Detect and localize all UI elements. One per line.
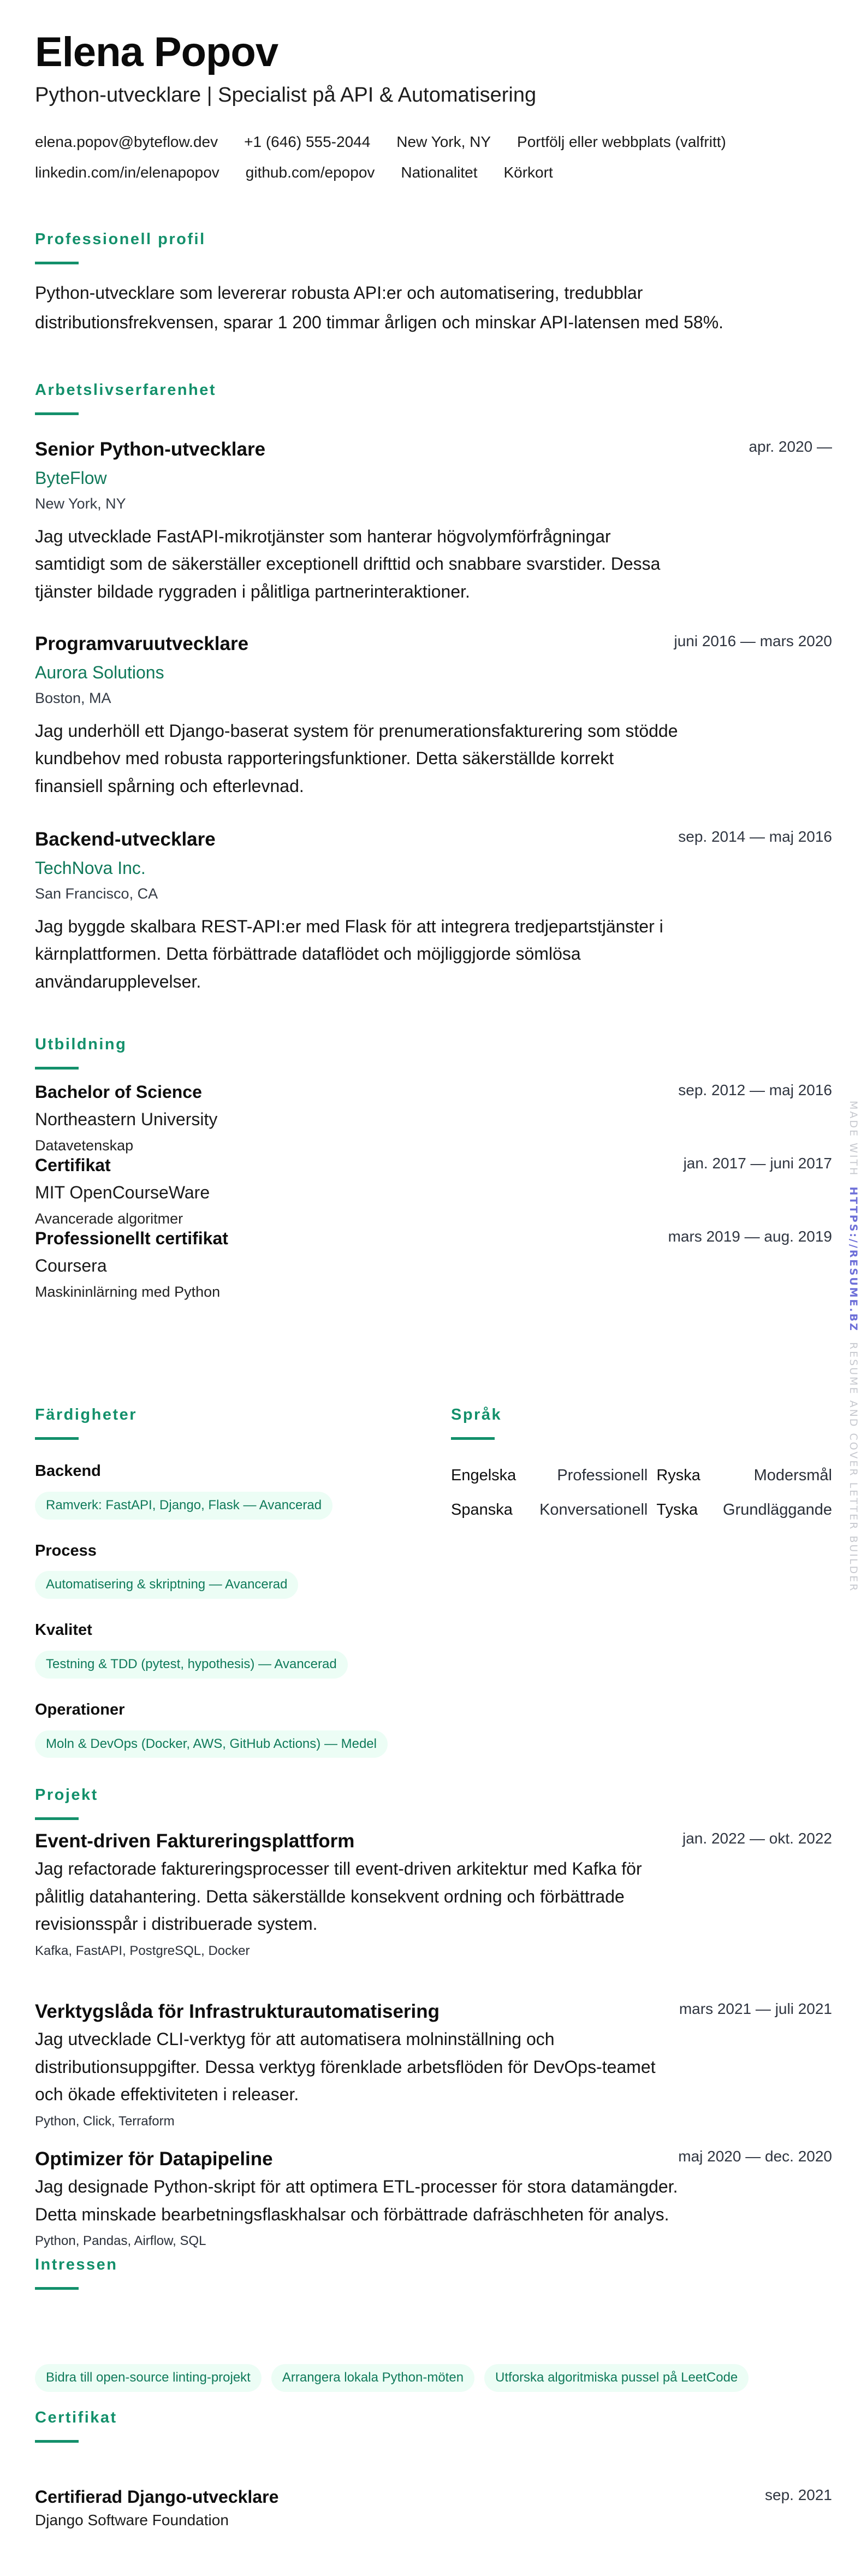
- job-location: New York, NY: [35, 495, 832, 512]
- phone[interactable]: +1 (646) 555-2044: [244, 133, 370, 151]
- skill-chip: Ramverk: FastAPI, Django, Flask — Avance…: [35, 1492, 332, 1520]
- language-name: Tyska: [656, 1500, 700, 1520]
- section-divider: [35, 2287, 79, 2290]
- contact-row: elena.popov@byteflow.dev +1 (646) 555-20…: [35, 133, 726, 151]
- skill-group: Backend Ramverk: FastAPI, Django, Flask …: [35, 1462, 417, 1520]
- experience-item: Senior Python-utvecklare apr. 2020 — Byt…: [35, 438, 832, 605]
- job-location: San Francisco, CA: [35, 885, 832, 902]
- project-tech: Python, Click, Terraform: [35, 2114, 832, 2130]
- language-list: Engelska Professionell Ryska Modersmål S…: [451, 1466, 832, 1520]
- skill-category: Backend: [35, 1462, 417, 1481]
- section-divider: [451, 1437, 495, 1440]
- certificate-issuer: Django Software Foundation: [35, 2512, 832, 2529]
- education-item: Professionellt certifikat mars 2019 — au…: [35, 1228, 832, 1301]
- section-heading: Färdigheter: [35, 1407, 417, 1423]
- language-name: Ryska: [656, 1466, 700, 1485]
- interest-chip: Arrangera lokala Python-möten: [271, 2364, 474, 2392]
- skill-group: Process Automatisering & skriptning — Av…: [35, 1541, 417, 1599]
- language-level: Grundläggande: [709, 1500, 832, 1520]
- skill-group: Operationer Moln & DevOps (Docker, AWS, …: [35, 1700, 417, 1758]
- field-of-study: Avancerade algoritmer: [35, 1210, 832, 1227]
- job-description: Jag utvecklade FastAPI-mikrotjänster som…: [35, 523, 679, 606]
- section-heading: Professionell profil: [35, 232, 206, 247]
- github-link[interactable]: github.com/epopov: [246, 164, 375, 181]
- location: New York, NY: [396, 133, 491, 151]
- profile-summary: Python-utvecklare som levererar robusta …: [35, 279, 799, 338]
- section-divider: [35, 262, 79, 264]
- interest-chip: Utforska algoritmiska pussel på LeetCode: [484, 2364, 749, 2392]
- section-heading: Språk: [451, 1407, 832, 1423]
- section-heading: Utbildning: [35, 1037, 127, 1053]
- company-name: ByteFlow: [35, 468, 832, 488]
- field-of-study: Maskininlärning med Python: [35, 1283, 832, 1301]
- nationality: Nationalitet: [401, 164, 477, 181]
- section-skills: Färdigheter Backend Ramverk: FastAPI, Dj…: [35, 1407, 417, 1758]
- watermark: MADE WITH HTTPS://RESUME.BZ RESUME AND C…: [847, 1101, 859, 1592]
- interest-chip: Bidra till open-source linting-projekt: [35, 2364, 262, 2392]
- education-date: sep. 2012 — maj 2016: [678, 1082, 832, 1099]
- linkedin-link[interactable]: linkedin.com/in/elenapopov: [35, 164, 219, 181]
- section-divider: [35, 1067, 79, 1070]
- skill-category: Kvalitet: [35, 1621, 417, 1640]
- education-item: Bachelor of Science sep. 2012 — maj 2016…: [35, 1082, 832, 1154]
- headline: Python-utvecklare | Specialist på API & …: [35, 84, 536, 107]
- section-experience: Arbetslivserfarenhet: [35, 382, 216, 415]
- school-name: Northeastern University: [35, 1109, 832, 1130]
- section-heading: Intressen: [35, 2257, 117, 2273]
- job-description: Jag byggde skalbara REST-API:er med Flas…: [35, 913, 679, 996]
- job-location: Boston, MA: [35, 689, 832, 707]
- skill-category: Operationer: [35, 1700, 417, 1720]
- language-level: Modersmål: [709, 1466, 832, 1485]
- section-languages: Språk Engelska Professionell Ryska Moder…: [451, 1407, 832, 1520]
- certificate-title: Certifierad Django-utvecklare: [35, 2486, 832, 2507]
- language-name: Spanska: [451, 1500, 516, 1520]
- company-name: TechNova Inc.: [35, 858, 832, 878]
- email-link[interactable]: elena.popov@byteflow.dev: [35, 133, 218, 151]
- school-name: MIT OpenCourseWare: [35, 1182, 832, 1203]
- section-certificates-block: Certifikat: [35, 2410, 832, 2443]
- section-projects: Projekt: [35, 1787, 98, 1820]
- section-divider: [35, 412, 79, 415]
- company-name: Aurora Solutions: [35, 662, 832, 683]
- section-profile: Professionell profil: [35, 232, 206, 264]
- experience-item: Programvaruutvecklare juni 2016 — mars 2…: [35, 633, 832, 800]
- section-heading: Projekt: [35, 1787, 98, 1803]
- skill-group: Kvalitet Testning & TDD (pytest, hypothe…: [35, 1621, 417, 1679]
- project-date: jan. 2022 — okt. 2022: [682, 1830, 832, 1847]
- watermark-suffix: RESUME AND COVER LETTER BUILDER: [847, 1342, 859, 1592]
- project-description: Jag designade Python-skript för att opti…: [35, 2173, 679, 2228]
- project-tech: Kafka, FastAPI, PostgreSQL, Docker: [35, 1943, 832, 1959]
- school-name: Coursera: [35, 1255, 832, 1276]
- section-heading: Certifikat: [35, 2410, 832, 2426]
- project-item: Verktygslåda för Infrastrukturautomatise…: [35, 2000, 832, 2129]
- skill-chip: Automatisering & skriptning — Avancerad: [35, 1571, 298, 1599]
- skill-chip: Moln & DevOps (Docker, AWS, GitHub Actio…: [35, 1730, 388, 1758]
- drivers-license: Körkort: [503, 164, 553, 181]
- project-description: Jag refactorade faktureringsprocesser ti…: [35, 1855, 679, 1938]
- job-date: apr. 2020 —: [749, 438, 832, 456]
- section-divider: [35, 1437, 79, 1440]
- section-divider: [35, 1817, 79, 1820]
- project-date: maj 2020 — dec. 2020: [678, 2148, 832, 2165]
- job-date: sep. 2014 — maj 2016: [678, 828, 832, 846]
- certificate-date: sep. 2021: [765, 2486, 832, 2504]
- project-date: mars 2021 — juli 2021: [679, 2000, 832, 2018]
- section-education: Utbildning: [35, 1037, 127, 1070]
- job-date: juni 2016 — mars 2020: [674, 633, 832, 650]
- language-name: Engelska: [451, 1466, 516, 1485]
- project-description: Jag utvecklade CLI-verktyg för att autom…: [35, 2025, 679, 2108]
- education-date: mars 2019 — aug. 2019: [668, 1228, 832, 1245]
- skill-category: Process: [35, 1541, 417, 1561]
- watermark-link[interactable]: HTTPS://RESUME.BZ: [847, 1186, 859, 1332]
- interest-list: Bidra till open-source linting-projekt A…: [35, 2364, 749, 2392]
- section-heading: Arbetslivserfarenhet: [35, 382, 216, 398]
- section-divider: [35, 2440, 79, 2443]
- watermark-prefix: MADE WITH: [847, 1101, 859, 1177]
- project-item: Event-driven Faktureringsplattform jan. …: [35, 1830, 832, 1959]
- education-date: jan. 2017 — juni 2017: [684, 1155, 832, 1172]
- skill-chip: Testning & TDD (pytest, hypothesis) — Av…: [35, 1651, 348, 1679]
- section-interests: Intressen: [35, 2257, 117, 2290]
- candidate-name: Elena Popov: [35, 32, 278, 73]
- contact-row: linkedin.com/in/elenapopov github.com/ep…: [35, 164, 553, 181]
- education-item: Certifikat jan. 2017 — juni 2017 MIT Ope…: [35, 1155, 832, 1227]
- experience-item: Backend-utvecklare sep. 2014 — maj 2016 …: [35, 828, 832, 995]
- project-item: Optimizer för Datapipeline maj 2020 — de…: [35, 2148, 832, 2249]
- language-level: Professionell: [525, 1466, 648, 1485]
- certificate-item: Certifierad Django-utvecklare sep. 2021 …: [35, 2486, 832, 2529]
- field-of-study: Datavetenskap: [35, 1137, 832, 1154]
- project-tech: Python, Pandas, Airflow, SQL: [35, 2234, 832, 2249]
- job-title: Senior Python-utvecklare: [35, 438, 832, 461]
- job-description: Jag underhöll ett Django-baserat system …: [35, 717, 679, 800]
- language-level: Konversationell: [525, 1500, 648, 1520]
- portfolio-link[interactable]: Portfölj eller webbplats (valfritt): [517, 133, 726, 151]
